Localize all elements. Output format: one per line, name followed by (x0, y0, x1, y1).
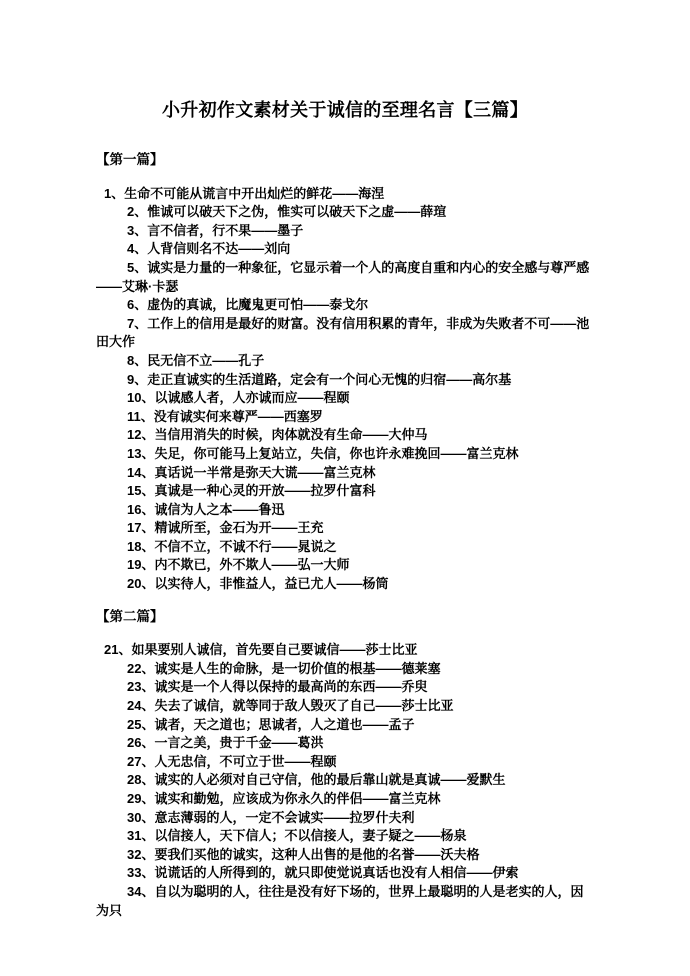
section-2-body: 21、如果要别人诚信，首先要自己要诚信——莎士比亚 22、诚实是人生的命脉，是一… (96, 641, 594, 920)
quote-item: 29、诚实和勤勉，应该成为你永久的伴侣——富兰克林 (96, 790, 594, 809)
quote-item: 24、失去了诚信，就等同于敌人毁灭了自己——莎士比亚 (96, 697, 594, 716)
quote-item: 11、没有诚实何来尊严——西塞罗 (96, 408, 594, 427)
quote-item: 19、内不欺已，外不欺人——弘一大师 (96, 556, 594, 575)
quote-item: 13、失足，你可能马上复站立，失信，你也许永难挽回——富兰克林 (96, 445, 594, 464)
quote-item: 23、诚实是一个人得以保持的最高尚的东西——乔臾 (96, 678, 594, 697)
quote-item: 16、诚信为人之本——鲁迅 (96, 501, 594, 520)
quote-item: 20、以实待人，非惟益人，益已尤人——杨筒 (96, 575, 594, 594)
section-1-body: 1、生命不可能从谎言中开出灿烂的鲜花——海涅 2、惟诚可以破天下之伪，惟实可以破… (96, 185, 594, 594)
quote-item: 7、工作上的信用是最好的财富。没有信用积累的青年，非成为失败者不可——池田大作 (96, 315, 594, 352)
quote-item: 1、生命不可能从谎言中开出灿烂的鲜花——海涅 (96, 185, 594, 204)
quote-item: 15、真诚是一种心灵的开放——拉罗什富科 (96, 482, 594, 501)
quote-item: 25、诚者，天之道也；思诚者，人之道也——孟子 (96, 716, 594, 735)
quote-item: 12、当信用消失的时候，肉体就没有生命——大仲马 (96, 426, 594, 445)
quote-item: 3、言不信者，行不果——墨子 (96, 222, 594, 241)
quote-item: 6、虚伪的真诚，比魔鬼更可怕——泰戈尔 (96, 296, 594, 315)
quote-item: 9、走正直诚实的生活道路，定会有一个问心无愧的归宿——高尔基 (96, 371, 594, 390)
quote-item: 14、真话说一半常是弥天大谎——富兰克林 (96, 464, 594, 483)
quote-item: 22、诚实是人生的命脉，是一切价值的根基——德莱塞 (96, 660, 594, 679)
section-header-1: 【第一篇】 (96, 151, 594, 170)
quote-item: 33、说谎话的人所得到的，就只即使觉说真话也没有人相信——伊索 (96, 864, 594, 883)
quote-item: 18、不信不立，不诚不行——晁说之 (96, 538, 594, 557)
quote-item: 32、要我们买他的诚实，这种人出售的是他的名誉——沃夫格 (96, 846, 594, 865)
quote-item: 10、以诚感人者，人亦诚而应——程颐 (96, 389, 594, 408)
quote-item: 21、如果要别人诚信，首先要自己要诚信——莎士比亚 (96, 641, 594, 660)
quote-item: 30、意志薄弱的人，一定不会诚实——拉罗什夫利 (96, 809, 594, 828)
quote-item: 34、自以为聪明的人，往往是没有好下场的，世界上最聪明的人是老实的人，因为只 (96, 883, 594, 920)
quote-item: 5、诚实是力量的一种象征，它显示着一个人的高度自重和内心的安全感与尊严感——艾琳… (96, 259, 594, 296)
quote-item: 8、民无信不立——孔子 (96, 352, 594, 371)
document-title: 小升初作文素材关于诚信的至理名言【三篇】 (96, 101, 594, 120)
quote-item: 28、诚实的人必须对自己守信，他的最后靠山就是真诚——爱默生 (96, 771, 594, 790)
quote-item: 26、一言之美，贵于千金——葛洪 (96, 734, 594, 753)
quote-item: 17、精诚所至，金石为开——王充 (96, 519, 594, 538)
quote-item: 2、惟诚可以破天下之伪，惟实可以破天下之虚——薛瑄 (96, 203, 594, 222)
document-page: 小升初作文素材关于诚信的至理名言【三篇】 【第一篇】 1、生命不可能从谎言中开出… (0, 0, 690, 976)
quote-item: 31、以信接人，天下信人；不以信接人，妻子疑之——杨泉 (96, 827, 594, 846)
quote-item: 4、人背信则名不达——刘向 (96, 240, 594, 259)
section-header-2: 【第二篇】 (96, 608, 594, 627)
quote-item: 27、人无忠信，不可立于世——程颐 (96, 753, 594, 772)
